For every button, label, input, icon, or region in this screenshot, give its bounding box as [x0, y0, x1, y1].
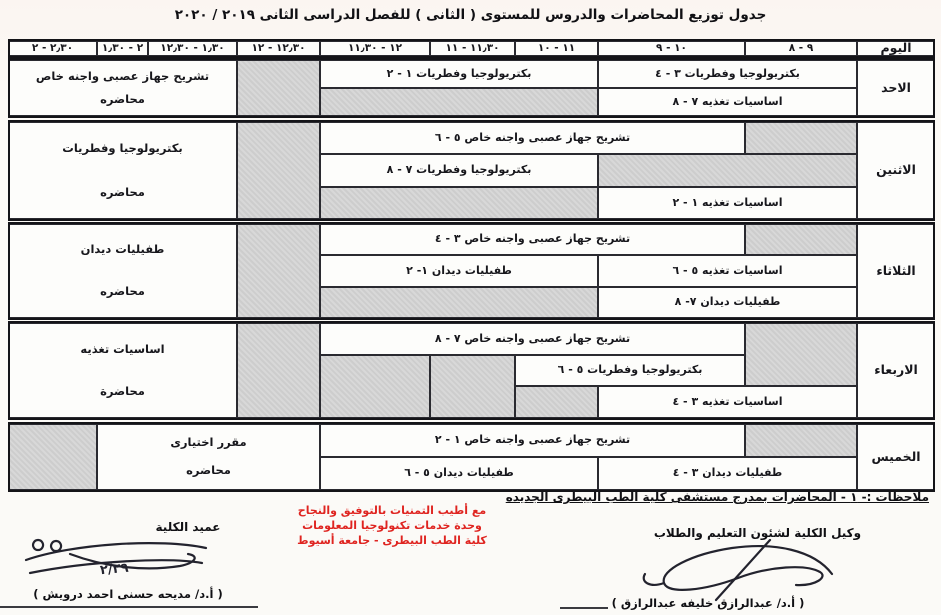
lecture-cell: اساسيات تغذيهمحاضرة	[8, 323, 237, 418]
page-title: جدول توزيع المحاضرات والدروس للمستوى ( ا…	[0, 7, 941, 23]
time-slot-header: ١٠ - ٩	[598, 41, 745, 56]
stamp-line: وحدة خدمات تكنولوجيا المعلومات	[284, 518, 500, 533]
dean-name: ( أ.د/ مديحه حسنى احمد درويش )	[8, 587, 248, 601]
course-cell: تشريح جهاز عصبى واجنه خاص ٥ - ٦	[320, 122, 745, 154]
time-slot-header: ١٢٫٣٠ - ١٢	[237, 41, 320, 56]
lecture-line: بكتريولوجيا وفطريات	[62, 142, 182, 155]
vice-dean-name: ( أ.د/ عبدالرازق خليفه عبدالرازق )	[598, 596, 818, 610]
day-label: الاثنين	[857, 122, 935, 219]
course-cell: بكتريولوجيا وفطريات ٣ - ٤	[598, 60, 857, 88]
time-slot-header: ٢ - ١٫٣٠	[97, 41, 148, 56]
schedule-row: بكتريولوجيا وفطرياتمحاضرهتشريح جهاز عصبى…	[8, 120, 935, 221]
shaded-cell	[237, 60, 320, 116]
course-cell: تشريح جهاز عصبى واجنه خاص ٣ - ٤	[320, 224, 745, 255]
vice-dean-signature	[618, 538, 858, 604]
lecture-line: مقرر اختيارى	[170, 436, 246, 449]
course-cell: طفيليات ديدان ٥ - ٦	[320, 457, 598, 490]
lecture-cell: تشريح جهاز عصبى واجنه خاصمحاضره	[8, 60, 237, 116]
shaded-cell	[237, 122, 320, 219]
day-label: الاربعاء	[857, 323, 935, 418]
course-cell: طفيليات ديدان ٣ - ٤	[598, 457, 857, 490]
course-cell: تشريح جهاز عصبى واجنه خاص ٧ - ٨	[320, 323, 745, 355]
shaded-cell	[8, 424, 97, 490]
dean-signature	[8, 528, 223, 588]
shaded-cell	[237, 323, 320, 418]
lecture-line: اساسيات تغذيه	[80, 343, 164, 356]
shaded-cell	[430, 355, 515, 418]
schedule-row: طفيليات ديدانمحاضرهتشريح جهاز عصبى واجنه…	[8, 222, 935, 320]
course-cell: تشريح جهاز عصبى واجنه خاص ١ - ٢	[320, 424, 745, 457]
handwritten-date: ٢/٢٩	[99, 561, 129, 578]
day-column-header: اليوم	[857, 41, 935, 56]
lecture-cell: بكتريولوجيا وفطرياتمحاضره	[8, 122, 237, 219]
schedule-row: تشريح جهاز عصبى واجنه خاصمحاضرهبكتريولوج…	[8, 58, 935, 118]
time-slot-header: ٢٫٣٠ - ٢	[8, 41, 97, 56]
course-cell: اساسيات تغذيه ٥ - ٦	[598, 255, 857, 287]
day-label: الاحد	[857, 60, 935, 116]
schedule-row: اساسيات تغذيهمحاضرةتشريح جهاز عصبى واجنه…	[8, 321, 935, 420]
divider-line	[560, 607, 608, 609]
shaded-cell	[320, 355, 430, 418]
lecture-cell: طفيليات ديدانمحاضره	[8, 224, 237, 318]
shaded-cell	[745, 424, 857, 457]
lecture-line: محاضره	[186, 464, 231, 477]
notes-line: ملاحظات :- ١ - المحاضرات بمدرج مستشفى كل…	[506, 490, 929, 504]
scanned-schedule-document: جدول توزيع المحاضرات والدروس للمستوى ( ا…	[0, 0, 941, 615]
shaded-cell	[320, 187, 598, 219]
shaded-cell	[515, 386, 598, 418]
day-label: الثلاثاء	[857, 224, 935, 318]
course-cell: بكتريولوجيا وفطريات ٥ - ٦	[515, 355, 745, 386]
course-cell: اساسيات تغذيه ٣ - ٤	[598, 386, 857, 418]
shaded-cell	[320, 88, 598, 116]
lecture-cell: مقرر اختيارىمحاضره	[97, 424, 320, 490]
shaded-cell	[320, 287, 598, 318]
stamp-line: مع أطيب التمنيات بالتوفيق والنجاح	[284, 503, 500, 518]
divider-line	[0, 606, 258, 608]
shaded-cell	[745, 224, 857, 255]
time-slot-header: ١٫٣٠ - ١٢٫٣٠	[148, 41, 237, 56]
lecture-line: محاضرة	[100, 385, 145, 398]
lecture-line: محاضره	[100, 93, 145, 106]
shaded-cell	[598, 154, 857, 187]
course-cell: بكتريولوجيا وفطريات ٧ - ٨	[320, 154, 598, 187]
it-unit-stamp: مع أطيب التمنيات بالتوفيق والنجاح وحدة خ…	[284, 503, 500, 548]
day-label: الخميس	[857, 424, 935, 490]
time-slot-header: ١٢ - ١١٫٣٠	[320, 41, 430, 56]
course-cell: طفيليات ديدان ٧- ٨	[598, 287, 857, 318]
shaded-cell	[745, 122, 857, 154]
course-cell: اساسيات تغذيه ١ - ٢	[598, 187, 857, 219]
course-cell: بكتريولوجيا وفطريات ١ - ٢	[320, 60, 598, 88]
course-cell: اساسيات تغذيه ٧ - ٨	[598, 88, 857, 116]
time-slot-header: ١١ - ١٠	[515, 41, 598, 56]
shaded-cell	[745, 323, 857, 386]
shaded-cell	[237, 224, 320, 318]
lecture-line: طفيليات ديدان	[81, 243, 165, 256]
lecture-line: محاضره	[100, 186, 145, 199]
course-cell: طفيليات ديدان ١- ٢	[320, 255, 598, 287]
time-slot-header: ٩ - ٨	[745, 41, 857, 56]
lecture-line: تشريح جهاز عصبى واجنه خاص	[36, 70, 209, 83]
time-slot-header: ١١٫٣٠ - ١١	[430, 41, 515, 56]
stamp-line: كلية الطب البيطرى - جامعة أسيوط	[284, 533, 500, 548]
schedule-row: ٢٫٣٠ - ٢٢ - ١٫٣٠١٫٣٠ - ١٢٫٣٠١٢٫٣٠ - ١٢١٢…	[8, 39, 935, 58]
schedule-row: مقرر اختيارىمحاضرهتشريح جهاز عصبى واجنه …	[8, 422, 935, 492]
lecture-line: محاضره	[100, 285, 145, 298]
